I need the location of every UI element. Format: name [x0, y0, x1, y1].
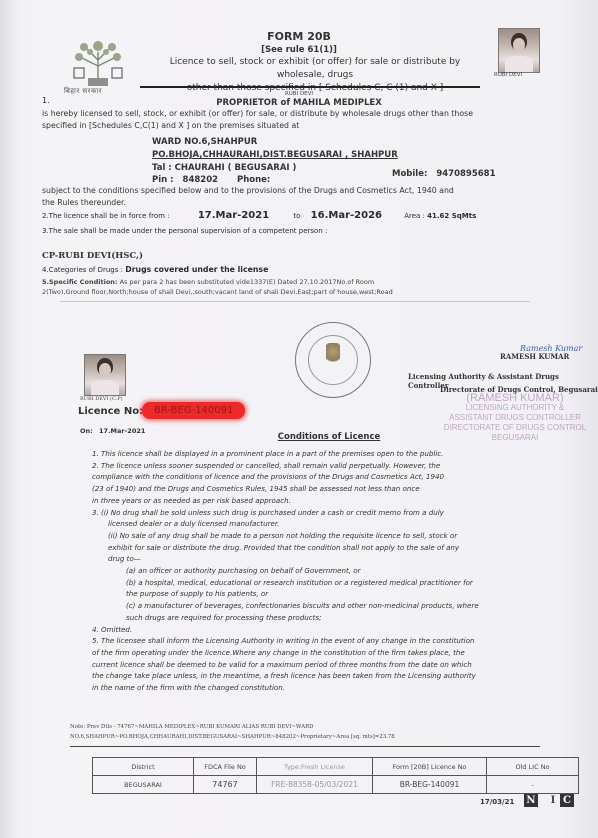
categories-label: 4.Categories of Drugs :: [42, 266, 123, 274]
condition-line: of the firm operating under the licence.…: [92, 647, 512, 659]
licensee-name: RUBI DEVI: [0, 91, 598, 97]
proprietor-line: PROPRIETOR of MAHILA MEDIPLEX: [0, 98, 598, 108]
table-cell: BR-BEG-140091: [373, 776, 487, 794]
drug-categories: 4.Categories of Drugs : Drugs covered un…: [42, 265, 268, 274]
stamp-line: (RAMESH KUMAR): [440, 393, 590, 403]
pin-label: Pin :: [152, 175, 174, 185]
condition-line: compliance with the conditions of licenc…: [92, 471, 512, 483]
mobile-value: 9470895681: [436, 169, 495, 179]
photo-caption: RUBI DEVI (C.P): [80, 396, 123, 402]
table-cell: -: [487, 776, 579, 794]
specific-condition: 5.Specific Condition: As per para 2 has …: [42, 277, 522, 297]
condition-line: (ii) No sale of any drug shall be made t…: [92, 530, 512, 542]
condition-line: (23 of 1940) and the Drugs and Cosmetics…: [92, 483, 512, 495]
pin-value: 848202: [183, 175, 219, 185]
licence-intro: is hereby licensed to sell, stock, or ex…: [42, 108, 492, 132]
footer-date: 17/03/21: [480, 798, 514, 806]
condition-line: 3. (i) No drug shall be sold unless such…: [92, 507, 512, 519]
drugs-control-seal-icon: [295, 322, 371, 398]
supervision-clause: 3.The sale shall be made under the perso…: [42, 227, 327, 235]
table-header-row: District FDCA File No Type:Fresh License…: [93, 758, 579, 776]
subtitle-line: Licence to sell, stock or exhibit (or of…: [150, 56, 480, 82]
address-pin: Pin : 848202 Phone:: [152, 175, 270, 185]
badge-c: C: [560, 794, 574, 807]
licence-number-highlighted: BR-BEG-140091: [142, 402, 245, 419]
specific-condition-text: As per para 2 has been substituted vide1…: [120, 278, 375, 286]
table-header: Form [20B] Licence No: [373, 758, 487, 776]
condition-line: 4. Omitted.: [92, 624, 512, 636]
intro-line: specified in [Schedules C,C(1) and X ] o…: [42, 120, 492, 132]
badge-i: I: [546, 794, 560, 807]
condition-line: current licence shall be deemed to be va…: [92, 659, 512, 671]
mobile-label: Mobile:: [392, 169, 427, 179]
licence-summary-table: District FDCA File No Type:Fresh License…: [92, 757, 579, 794]
categories-value: Drugs covered under the license: [125, 265, 268, 274]
stamp-line: ASSISTANT DRUGS CONTROLLER: [440, 413, 590, 423]
licence-document: बिहार सरकार FORM 20B [See rule 61(1)] Li…: [0, 0, 598, 838]
table-row: BEGUSARAI 74767 FRE-88358-05/03/2021 BR-…: [93, 776, 579, 794]
validity-label: 2.The licence shall be in force from :: [42, 212, 170, 220]
table-cell: FRE-88358-05/03/2021: [257, 776, 373, 794]
area-label: Area :: [404, 212, 425, 220]
condition-line: 2. The licence unless sooner suspended o…: [92, 460, 512, 472]
conditions-list: 1. This licence shall be displayed in a …: [92, 448, 512, 694]
table-cell: 74767: [194, 776, 257, 794]
condition-line: 5. The licensee shall inform the Licensi…: [92, 635, 512, 647]
condition-line: drug to—: [92, 553, 512, 565]
table-header: Type:Fresh License: [257, 758, 373, 776]
competent-person-photo: [84, 354, 126, 396]
condition-line: in the name of the firm with the changed…: [92, 682, 512, 694]
stamp-line: LICENSING AUTHORITY &: [440, 403, 590, 413]
table-header: District: [93, 758, 194, 776]
subject-line: the Rules thereunder.: [42, 197, 492, 209]
note-line: NO.6,SHAHPUR~PO.BHOJA,CHHAURAHI,DIST.BEG…: [70, 732, 520, 742]
badge-n: N: [524, 794, 538, 807]
subject-clause: subject to the conditions specified belo…: [42, 185, 492, 209]
condition-line: in three years or as needed as per risk …: [92, 495, 512, 507]
section-divider: [60, 301, 530, 302]
address-line-2: PO.BHOJA,CHHAURAHI,DIST.BEGUSARAI , SHAH…: [152, 150, 398, 160]
valid-from: 17.Mar-2021: [198, 210, 269, 221]
area-value: 41.62 SqMts: [427, 212, 476, 220]
authority-name: RAMESH KUMAR: [500, 352, 569, 361]
valid-to: 16.Mar-2026: [311, 210, 382, 221]
table-cell: BEGUSARAI: [93, 776, 194, 794]
note-line: Note: Prev Dtls - 74767~MAHILA MEDIPLEX~…: [70, 722, 520, 732]
to-label: to: [293, 212, 300, 220]
specific-condition-text: 2(Two),Ground floor,North;house of shali…: [42, 287, 522, 297]
licence-no-label: Licence No:: [78, 406, 143, 417]
specific-condition-label: 5.Specific Condition:: [42, 278, 118, 286]
header-divider: [140, 86, 480, 88]
previous-details-note: Note: Prev Dtls - 74767~MAHILA MEDIPLEX~…: [70, 722, 520, 742]
phone-label: Phone:: [237, 175, 270, 185]
validity-row: 2.The licence shall be in force from : 1…: [42, 210, 476, 221]
form-subtitle: Licence to sell, stock or exhibit (or of…: [150, 56, 480, 95]
address-line-1: WARD NO.6,SHAHPUR: [152, 137, 257, 147]
intro-line: is hereby licensed to sell, stock, or ex…: [42, 108, 492, 120]
condition-line: exhibit for sale or distribute the drug.…: [92, 542, 512, 554]
note-divider: [70, 746, 540, 747]
table-header: Old LIC No: [487, 758, 579, 776]
condition-line: (a) an officer or authority purchasing o…: [92, 565, 512, 577]
conditions-title: Conditions of Licence: [0, 432, 598, 442]
condition-line: (c) a manufacturer of beverages, confect…: [92, 600, 512, 612]
address-tal: Tal : CHAURAHI ( BEGUSARAI ): [152, 163, 296, 173]
condition-line: 1. This licence shall be displayed in a …: [92, 448, 512, 460]
condition-line: (b) a hospital, medical, educational or …: [92, 577, 512, 589]
condition-line: such drugs are required for processing t…: [92, 612, 512, 624]
condition-line: the purpose of supply to his patients, o…: [92, 588, 512, 600]
subject-line: subject to the conditions specified belo…: [42, 185, 492, 197]
table-header: FDCA File No: [194, 758, 257, 776]
competent-person: CP-RUBI DEVI(HSC,): [42, 251, 143, 261]
ashoka-emblem-icon: [326, 343, 340, 365]
photo-caption: RUBI DEVI: [494, 72, 522, 78]
mobile: Mobile: 9470895681: [392, 169, 496, 179]
licensee-photo: [498, 28, 540, 73]
condition-line: licensed dealer or a duly licensed manuf…: [92, 518, 512, 530]
condition-line: the change take place unless, in the mea…: [92, 670, 512, 682]
